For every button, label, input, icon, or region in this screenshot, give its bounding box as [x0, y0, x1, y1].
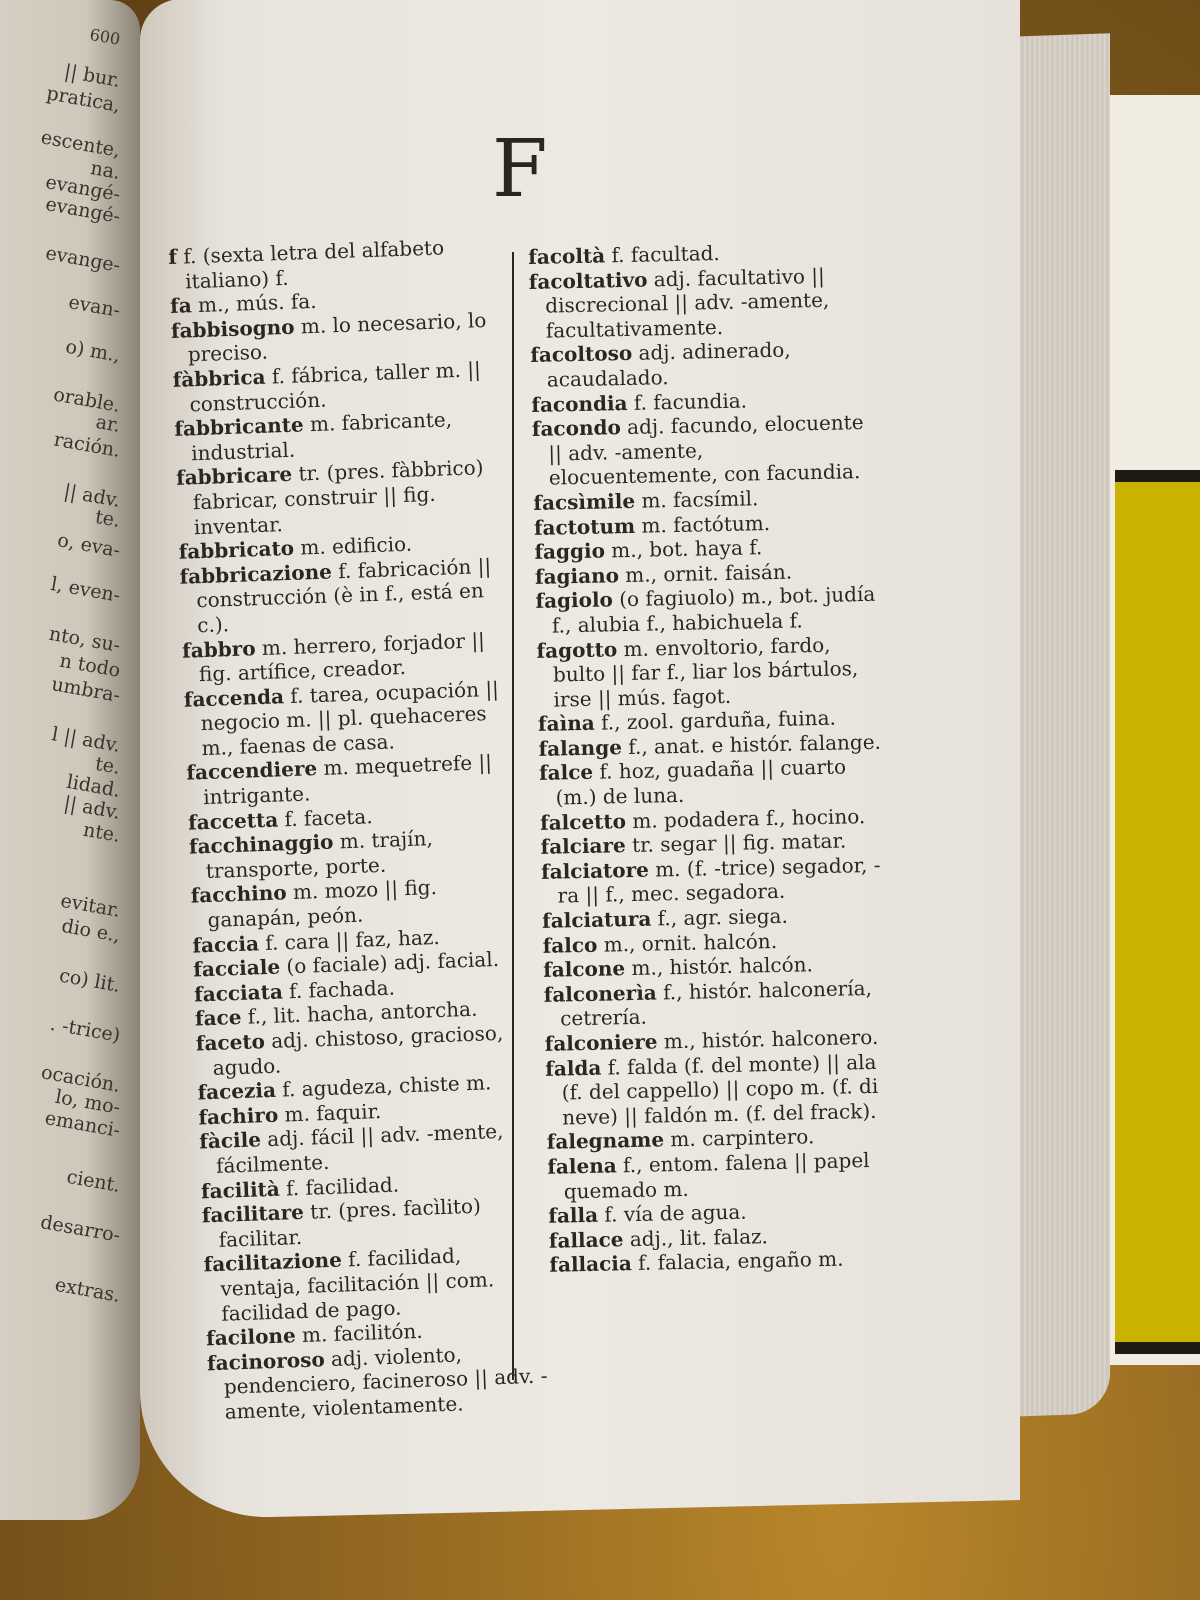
headword: falco — [542, 932, 597, 957]
headword: fabbricante — [174, 413, 304, 441]
headword: facondo — [532, 415, 621, 441]
definition: m. faquir. — [278, 1099, 382, 1127]
definition: m., bot. haya f. — [605, 535, 763, 562]
headword: face — [195, 1005, 242, 1031]
dictionary-entry: falda f. falda (f. del monte) || ala (f.… — [545, 1049, 891, 1130]
headword: faccia — [192, 931, 259, 957]
dictionary-entry: facoltoso adj. adinerado, acaudalado. — [530, 336, 876, 392]
headword: facilitare — [201, 1200, 304, 1228]
text-fragment: evan- — [0, 279, 122, 322]
left-page: 600 || bur. pratica, escente, na. evangé… — [0, 0, 140, 1520]
headword: falena — [547, 1153, 617, 1178]
definition: m. facsímil. — [635, 486, 759, 513]
headword: facondia — [531, 391, 628, 417]
definition: m., mús. fa. — [191, 289, 317, 317]
headword: facilone — [206, 1323, 296, 1350]
yellow-side-book — [1105, 95, 1200, 1365]
headword: falciatore — [541, 857, 649, 883]
dictionary-entry: facoltativo adj. facultativo || discreci… — [529, 262, 875, 343]
yellow-cover-band — [1115, 470, 1200, 1354]
headword: falconerìa — [543, 980, 657, 1006]
dictionary-entry: falce f. hoz, guadaña || cuarto (m.) de … — [539, 754, 885, 810]
text-fragment: desarro- — [0, 1204, 122, 1247]
definition: f. (sexta letra del alfabeto italiano) f… — [177, 235, 445, 293]
headword: fallacia — [549, 1251, 632, 1277]
definition: f. hoz, guadaña || cuarto (m.) de luna. — [555, 755, 846, 810]
headword: falla — [548, 1203, 598, 1228]
headword: facsìmile — [533, 489, 635, 515]
definition: f. falacia, engaño m. — [632, 1247, 844, 1275]
headword: facchino — [190, 881, 287, 908]
dictionary-entry: fagotto m. envoltorio, fardo, bulto || f… — [536, 631, 882, 712]
headword: fa — [170, 293, 192, 318]
definition: f. vía de agua. — [598, 1200, 747, 1227]
page-block-edges — [1010, 33, 1110, 1416]
definition: f. facilidad. — [279, 1172, 399, 1200]
definition: f. facundia. — [627, 388, 747, 414]
headword: faceto — [195, 1029, 265, 1055]
headword: fagotto — [536, 637, 617, 663]
headword: factotum — [534, 513, 636, 539]
page-number: 600 — [0, 9, 121, 49]
definition: f., agr. siega. — [651, 904, 788, 931]
headword: faccenda — [183, 684, 284, 711]
headword: faccetta — [188, 807, 279, 834]
definition: f. fachada. — [282, 975, 395, 1003]
headword: falcone — [543, 956, 625, 982]
text-fragment: cient. — [0, 1154, 122, 1197]
headword: falciatura — [542, 907, 652, 933]
column-divider — [512, 252, 514, 1380]
text-fragment: l, even- — [0, 564, 122, 607]
headword: fallace — [549, 1227, 624, 1253]
headword: fàcile — [199, 1128, 261, 1154]
headword: faggio — [534, 539, 605, 564]
text-fragment: evange- — [0, 234, 122, 277]
headword: facoltoso — [530, 341, 632, 367]
headword: falda — [545, 1055, 602, 1080]
text-fragment: co) lit. — [0, 954, 122, 997]
dictionary-entry: fabbricazione f. fabricación || construc… — [179, 553, 521, 639]
definition: f. facultad. — [605, 241, 720, 267]
headword: fàbbrica — [172, 365, 266, 392]
headword: faìna — [538, 711, 595, 736]
headword: facciale — [193, 955, 281, 982]
headword: falegname — [547, 1128, 665, 1154]
dictionary-entry: falciatore m. (f. -trice) segador, -ra |… — [541, 852, 887, 908]
headword: fabbro — [182, 636, 256, 663]
headword: facezia — [197, 1078, 276, 1105]
headword: falciare — [540, 833, 626, 859]
definition: m., histór. halcón. — [625, 952, 813, 980]
dictionary-entry: facilitazione f. facilidad, ventaja, fac… — [203, 1241, 545, 1327]
headword: fagiano — [535, 563, 619, 589]
headword: fabbricare — [176, 462, 293, 490]
right-column: facoltà f. facultad.facoltativo adj. fac… — [528, 238, 895, 1278]
headword: facilità — [201, 1176, 281, 1203]
definition: m., ornit. faisán. — [619, 559, 793, 587]
left-column: f f. (sexta letra del alfabeto italiano)… — [168, 233, 549, 1425]
dictionary-entry: fabbricare tr. (pres. fàbbrico) fabricar… — [176, 454, 518, 540]
headword: falange — [538, 735, 622, 761]
headword: falconiere — [544, 1029, 657, 1055]
headword: fagiolo — [535, 588, 613, 614]
definition: m. facilitón. — [295, 1319, 423, 1347]
headword: falce — [539, 760, 594, 785]
headword: fabbricato — [178, 536, 294, 564]
dictionary-entry: facinoroso adj. violento, pendenciero, f… — [207, 1339, 549, 1425]
section-letter: F — [492, 122, 548, 215]
definition: m. carpintero. — [664, 1125, 815, 1152]
dictionary-entry: facondo adj. facundo, elocuente || adv. … — [532, 410, 878, 491]
headword: falcetto — [540, 809, 626, 835]
definition: f. falda (f. del monte) || ala (f. del c… — [562, 1049, 879, 1129]
definition: m. edificio. — [294, 532, 413, 560]
definition: m., ornit. halcón. — [597, 929, 777, 957]
definition: f. faceta. — [278, 804, 373, 831]
headword: facoltativo — [529, 267, 648, 293]
dictionary-entry: falconerìa f., histór. halconería, cetre… — [543, 975, 889, 1031]
headword: fachiro — [198, 1102, 279, 1129]
dictionary-entry: faccenda f. tarea, ocupación || negocio … — [183, 676, 525, 762]
text-fragment: . -trice) — [0, 1004, 122, 1047]
headword: facoltà — [528, 243, 605, 269]
text-fragment: o) m., — [0, 324, 122, 367]
text-fragment: extras. — [0, 1264, 122, 1307]
dictionary-entry: falena f., entom. falena || papel quemad… — [547, 1148, 893, 1204]
headword: fabbisogno — [171, 314, 295, 342]
definition: adj., lit. falaz. — [623, 1224, 768, 1251]
definition: m. factótum. — [635, 511, 770, 538]
headword: facciata — [194, 979, 283, 1006]
dictionary-entry: fagiolo (o fagiuolo) m., bot. judía f., … — [535, 582, 881, 638]
headword: facinoroso — [207, 1347, 325, 1375]
